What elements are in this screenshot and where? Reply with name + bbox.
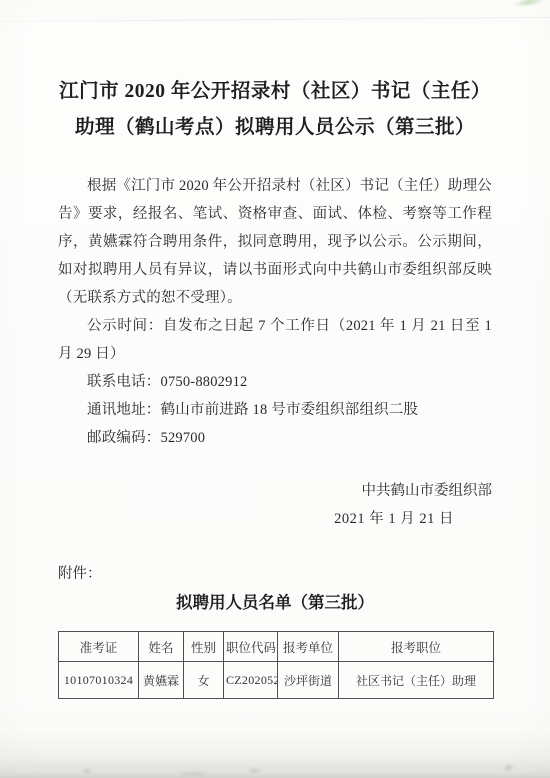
signature-block: 中共鹤山市委组织部 2021 年 1 月 21 日 <box>58 477 492 533</box>
signature-organization: 中共鹤山市委组织部 <box>362 477 493 505</box>
scan-smudge <box>84 769 90 773</box>
body-line: 月 29 日） <box>58 340 492 368</box>
cell-position-code: CZ202052 <box>224 662 278 699</box>
body-line: 告》要求，经报名、笔试、资格审查、面试、体检、考察等工作程 <box>58 200 492 228</box>
roster-header-row: 准考证 姓名 性别 职位代码 报考单位 报考职位 <box>59 632 494 662</box>
signature-date: 2021 年 1 月 21 日 <box>334 505 454 533</box>
cell-exam-number: 10107010324 <box>59 662 139 699</box>
attachment-label: 附件： <box>58 560 492 588</box>
document-title: 江门市 2020 年公开招录村（社区）书记（主任） 助理（鹤山考点）拟聘用人员公… <box>58 74 492 146</box>
document-title-line2: 助理（鹤山考点）拟聘用人员公示（第三批） <box>58 110 492 146</box>
scan-green-corner-mark <box>514 0 545 9</box>
scan-edge-line <box>0 17 550 22</box>
scan-smudge <box>505 765 512 770</box>
paragraph-intro: 根据《江门市 2020 年公开招录村（社区）书记（主任）助理公 告》要求，经报名… <box>58 172 492 312</box>
body-line: 根据《江门市 2020 年公开招录村（社区）书记（主任）助理公 <box>58 172 492 200</box>
scan-smudge <box>180 773 206 775</box>
header-position-code: 职位代码 <box>224 632 278 662</box>
body-line: 序，黄嬿霖符合聘用条件，拟同意聘用，现予以公示。公示期间， <box>58 228 492 256</box>
scan-smudge <box>250 769 260 772</box>
header-exam-number: 准考证 <box>59 632 139 662</box>
paragraph-address: 通讯地址：鹤山市前进路 18 号市委组织部组织二股 <box>58 396 492 424</box>
paragraph-phone: 联系电话：0750-8802912 <box>58 368 492 396</box>
header-unit: 报考单位 <box>278 632 339 662</box>
document-title-line1: 江门市 2020 年公开招录村（社区）书记（主任） <box>58 74 492 110</box>
roster-table-title: 拟聘用人员名单（第三批） <box>58 588 492 618</box>
cell-unit: 沙坪街道 <box>278 662 339 699</box>
cell-position: 社区书记（主任）助理 <box>339 662 494 699</box>
cell-name: 黄嬿霖 <box>139 662 184 699</box>
roster-data-row: 10107010324 黄嬿霖 女 CZ202052 沙坪街道 社区书记（主任）… <box>59 662 494 699</box>
body-line: 公示时间：自发布之日起 7 个工作日（2021 年 1 月 21 日至 1 <box>58 312 492 340</box>
body-line: （无联系方式的恕不受理）。 <box>58 284 492 312</box>
header-name: 姓名 <box>139 632 184 662</box>
scanned-document-page: 江门市 2020 年公开招录村（社区）书记（主任） 助理（鹤山考点）拟聘用人员公… <box>0 0 550 778</box>
roster-table: 准考证 姓名 性别 职位代码 报考单位 报考职位 10107010324 黄嬿霖… <box>58 631 494 699</box>
paragraph-public-period: 公示时间：自发布之日起 7 个工作日（2021 年 1 月 21 日至 1 月 … <box>58 312 492 368</box>
cell-gender: 女 <box>184 662 224 699</box>
header-gender: 性别 <box>184 632 224 662</box>
body-line: 如对拟聘用人员有异议，请以书面形式向中共鹤山市委组织部反映 <box>58 256 492 284</box>
document-content: 江门市 2020 年公开招录村（社区）书记（主任） 助理（鹤山考点）拟聘用人员公… <box>0 74 550 699</box>
document-body: 根据《江门市 2020 年公开招录村（社区）书记（主任）助理公 告》要求，经报名… <box>58 172 492 452</box>
header-position: 报考职位 <box>339 632 494 662</box>
paragraph-postcode: 邮政编码：529700 <box>58 424 492 452</box>
scan-bottom-shadow <box>0 730 550 778</box>
